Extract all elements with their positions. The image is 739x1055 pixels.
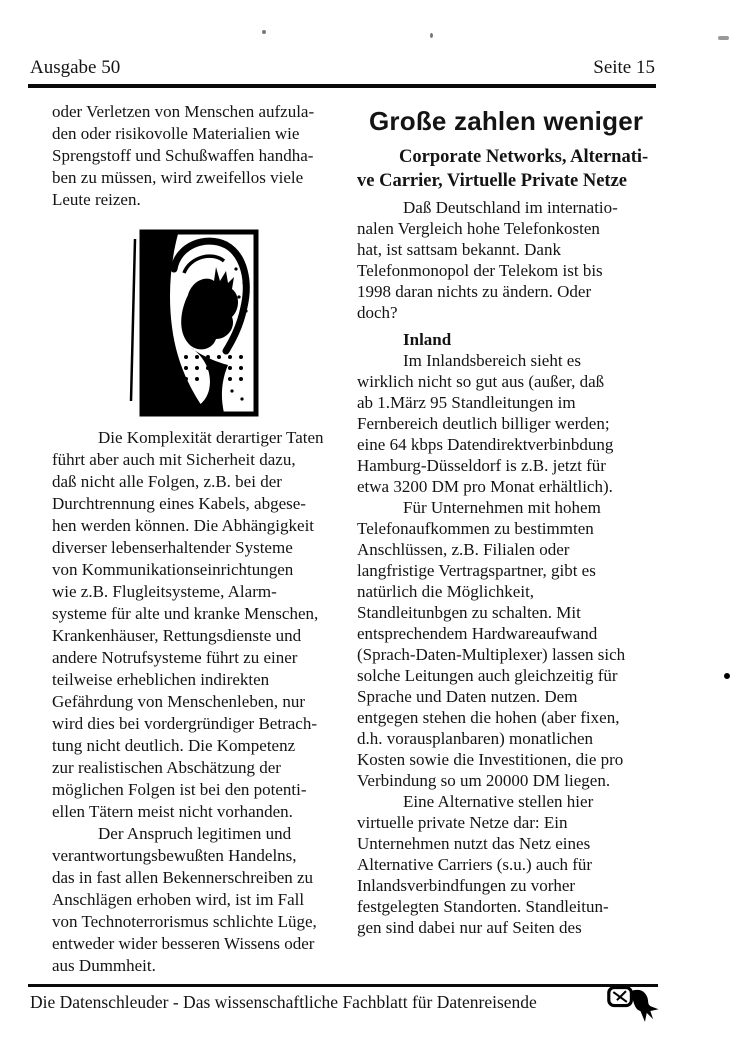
left-column-paragraph-3: Der Anspruch legitimen undverantwortungs… xyxy=(52,823,346,977)
left-column-flow: Die Komplexität derartiger Tatenführt ab… xyxy=(52,427,346,977)
header-rule xyxy=(28,84,656,88)
scan-speck xyxy=(430,33,433,38)
article-paragraph-2: Im Inlandsbereich sieht eswirklich nicht… xyxy=(357,350,660,497)
article-paragraph-1: Daß Deutschland im internatio-nalen Verg… xyxy=(357,197,660,323)
scanned-page: { "page": { "paper_color": "#ffffff", "i… xyxy=(0,0,739,1055)
section-heading-inland: Inland xyxy=(357,329,660,350)
article-paragraph-4: Eine Alternative stellen hiervirtuelle p… xyxy=(357,791,660,938)
ear-woodcut-illustration xyxy=(128,229,260,419)
header-page-number: Seite 15 xyxy=(593,57,655,79)
datenschleuder-logo-icon xyxy=(606,983,664,1035)
footer-rule xyxy=(28,984,658,987)
article-paragraph-3: Für Unternehmen mit hohemTelefonaufkomme… xyxy=(357,497,660,791)
article-subheadline: Corporate Networks, Alternati-ve Carrier… xyxy=(357,145,660,193)
left-column-paragraph-2: Die Komplexität derartiger Tatenführt ab… xyxy=(52,427,346,823)
left-column-paragraph-1: oder Verletzen von Menschen aufzula-den … xyxy=(52,101,346,211)
article-body: Daß Deutschland im internatio-nalen Verg… xyxy=(357,197,660,938)
footer-text: Die Datenschleuder - Das wissenschaftlic… xyxy=(30,992,537,1013)
ear-illustration xyxy=(128,229,260,419)
scan-speck xyxy=(262,30,266,34)
header-issue-label: Ausgabe 50 xyxy=(30,57,120,79)
scan-speck xyxy=(718,36,729,40)
scan-speck xyxy=(724,673,730,679)
article-headline: Große zahlen weniger xyxy=(369,106,669,137)
